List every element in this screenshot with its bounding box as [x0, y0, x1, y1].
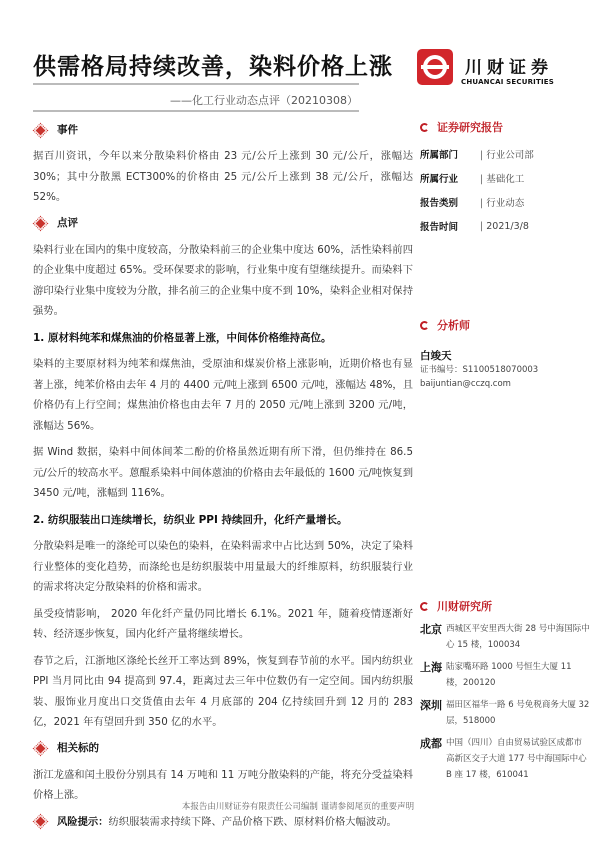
diamond-bullet-icon	[34, 124, 47, 137]
meta-value: 行业公司部	[480, 147, 534, 161]
point2-paragraph: 虽受疫情影响， 2020 年化纤产量仍同比增长 6.1%。2021 年，随着疫情…	[33, 604, 413, 645]
office-chengdu: 成都 中国（四川）自由贸易试验区成都市高新区交子大道 177 号中海国际中心 B…	[420, 735, 590, 783]
section-comment-heading: 点评	[33, 214, 413, 234]
meta-value: 2021/3/8	[480, 221, 529, 232]
office-address: 福田区福华一路 6 号免税商务大厦 32 层，518000	[446, 697, 590, 729]
meta-key: 所属行业	[420, 171, 480, 185]
main-content: 事件 据百川资讯，今年以来分散染料价格由 23 元/公斤上涨到 30 元/公斤，…	[33, 118, 413, 832]
page-footer: 本报告由川财证券有限责任公司编制 谨请参阅尾页的重要声明	[0, 800, 596, 812]
section-heading-label: 相关标的	[57, 738, 99, 759]
meta-value: 行业动态	[480, 195, 524, 209]
logo-name-cn: 川财证券	[465, 53, 553, 78]
institute-heading: 川财研究所	[420, 597, 590, 615]
office-city: 上海	[420, 659, 446, 691]
point1-paragraph: 据 Wind 数据，染料中间体间苯二酚的价格虽然近期有所下滑，但仍维持在 86.…	[33, 442, 413, 504]
meta-key: 所属部门	[420, 147, 480, 161]
report-subtitle: ——化工行业动态点评（20210308）	[170, 92, 358, 108]
section-heading-label: 点评	[57, 213, 78, 234]
office-shanghai: 上海 陆家嘴环路 1000 号恒生大厦 11 楼，200120	[420, 659, 590, 691]
office-city: 成都	[420, 735, 446, 783]
office-beijing: 北京 西城区平安里西大街 28 号中海国际中心 15 楼，100034	[420, 621, 590, 653]
office-shenzhen: 深圳 福田区福华一路 6 号免税商务大厦 32 层，518000	[420, 697, 590, 729]
institute-heading-label: 川财研究所	[437, 598, 492, 614]
meta-key: 报告类别	[420, 195, 480, 209]
office-address: 中国（四川）自由贸易试验区成都市高新区交子大道 177 号中海国际中心 B 座 …	[446, 735, 590, 783]
analyst-heading-label: 分析师	[437, 317, 470, 333]
office-city: 深圳	[420, 697, 446, 729]
meta-row-category: 报告类别 行业动态	[420, 190, 590, 214]
meta-row-date: 报告时间 2021/3/8	[420, 214, 590, 238]
subtitle-divider	[33, 110, 359, 112]
risk-text: 纺织服装需求持续下降、产品价格下跌、原材料价格大幅波动。	[108, 812, 396, 833]
section-marker-icon	[420, 321, 429, 330]
analyst-email[interactable]: baijuntian@cczq.com	[420, 377, 590, 391]
title-divider	[33, 83, 359, 85]
office-city: 北京	[420, 621, 446, 653]
diamond-bullet-icon	[34, 217, 47, 230]
logo-name-en: CHUANCAI SECURITIES	[461, 78, 554, 86]
sidebar: 证券研究报告 所属部门 行业公司部 所属行业 基础化工 报告类别 行业动态 报告…	[420, 118, 590, 789]
analyst-heading: 分析师	[420, 316, 590, 334]
point2-heading: 2. 纺织服装出口连续增长，纺织业 PPI 持续回升，化纤产量增长。	[33, 510, 413, 531]
point1-heading: 1. 原材料纯苯和煤焦油的价格显著上涨，中间体价格维持高位。	[33, 328, 413, 349]
office-address: 陆家嘴环路 1000 号恒生大厦 11 楼，200120	[446, 659, 590, 691]
diamond-bullet-icon	[34, 815, 47, 828]
section-marker-icon	[420, 602, 429, 611]
point2-paragraph: 春节之后，江浙地区涤纶长丝开工率达到 89%，恢复到春节前的水平。国内纺织业 P…	[33, 651, 413, 733]
section-event-heading: 事件	[33, 120, 413, 140]
logo-mark-icon	[417, 49, 453, 85]
analyst-cert: 证书编号：S1100518070003	[420, 363, 590, 377]
meta-key: 报告时间	[420, 219, 480, 233]
section-targets-heading: 相关标的	[33, 739, 413, 759]
section-heading-label: 事件	[57, 120, 78, 141]
analyst-name: 白竣天	[420, 348, 590, 363]
company-logo: 川财证券 CHUANCAI SECURITIES	[417, 49, 585, 91]
point2-paragraph: 分散染料是唯一的涤纶可以染色的染料，在染料需求中占比达到 50%，决定了染料行业…	[33, 536, 413, 598]
risk-warning: 风险提示： 纺织服装需求持续下降、产品价格下跌、原材料价格大幅波动。	[33, 812, 413, 833]
meta-row-department: 所属部门 行业公司部	[420, 142, 590, 166]
report-type-label: 证券研究报告	[437, 119, 503, 135]
risk-label: 风险提示：	[57, 812, 108, 833]
report-title: 供需格局持续改善，染料价格上涨	[33, 48, 393, 81]
meta-row-industry: 所属行业 基础化工	[420, 166, 590, 190]
meta-value: 基础化工	[480, 171, 524, 185]
report-type-heading: 证券研究报告	[420, 118, 590, 136]
office-address: 西城区平安里西大街 28 号中海国际中心 15 楼，100034	[446, 621, 590, 653]
comment-paragraph: 染料行业在国内的集中度较高，分散染料前三的企业集中度达 60%，活性染料前四的企…	[33, 240, 413, 322]
diamond-bullet-icon	[34, 742, 47, 755]
event-paragraph: 据百川资讯，今年以来分散染料价格由 23 元/公斤上涨到 30 元/公斤，涨幅达…	[33, 146, 413, 208]
section-marker-icon	[420, 123, 429, 132]
point1-paragraph: 染料的主要原材料为纯苯和煤焦油，受原油和煤炭价格上涨影响，近期价格也有显著上涨，…	[33, 354, 413, 436]
